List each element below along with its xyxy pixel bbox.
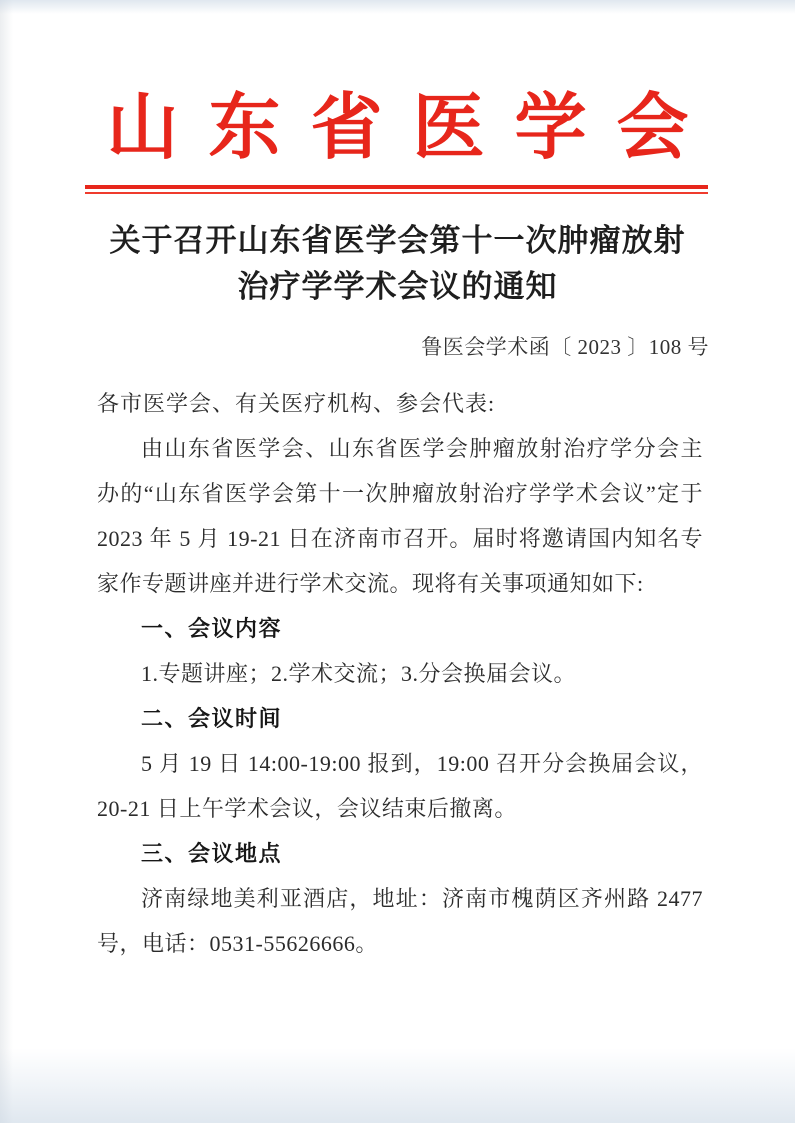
salutation: 各市医学会、有关医疗机构、参会代表: xyxy=(97,381,703,426)
section-2-heading: 二、会议时间 xyxy=(97,696,703,741)
notice-title-line2: 治疗学学术会议的通知 xyxy=(0,264,795,310)
intro-paragraph: 由山东省医学会、山东省医学会肿瘤放射治疗学分会主办的“山东省医学会第十一次肿瘤放… xyxy=(97,426,703,606)
notice-title-line1: 关于召开山东省医学会第十一次肿瘤放射 xyxy=(0,218,795,264)
org-name: 山东省医学会 xyxy=(0,84,795,172)
notice-title: 关于召开山东省医学会第十一次肿瘤放射 治疗学学术会议的通知 xyxy=(0,218,795,310)
section-3-content: 济南绿地美利亚酒店，地址：济南市槐荫区齐州路 2477 号，电话：0531-55… xyxy=(97,876,703,966)
section-1-content: 1.专题讲座；2.学术交流；3.分会换届会议。 xyxy=(97,651,703,696)
section-2-content: 5 月 19 日 14:00-19:00 报到，19:00 召开分会换届会议，2… xyxy=(97,741,703,831)
notice-page: 山东省医学会 关于召开山东省医学会第十一次肿瘤放射 治疗学学术会议的通知 鲁医会… xyxy=(0,0,795,1123)
section-3-heading: 三、会议地点 xyxy=(97,831,703,876)
doc-number: 鲁医会学术函〔 2023 〕108 号 xyxy=(421,333,709,361)
section-1-heading: 一、会议内容 xyxy=(97,606,703,651)
notice-body: 各市医学会、有关医疗机构、参会代表: 由山东省医学会、山东省医学会肿瘤放射治疗学… xyxy=(97,381,703,966)
letterhead-rule xyxy=(85,185,708,194)
